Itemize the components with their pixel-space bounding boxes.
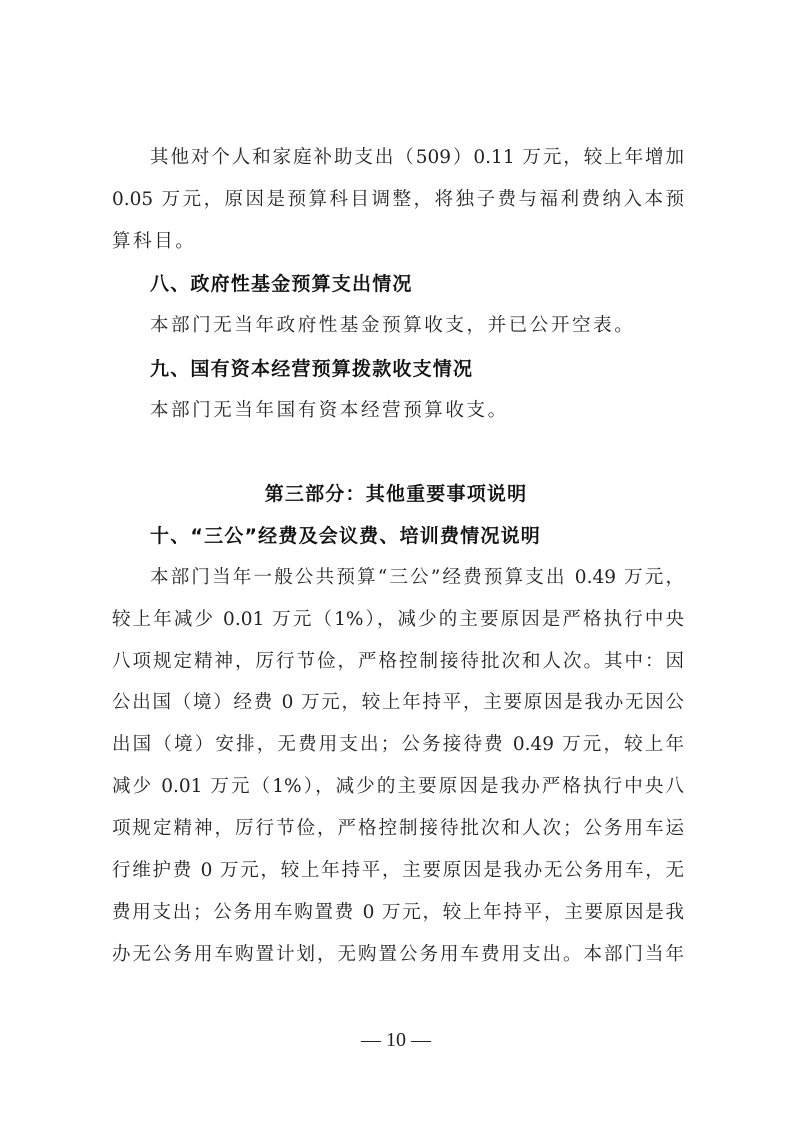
section-10-line-10: 办无公务用车购置计划，无购置公务用车费用支出。本部门当年 <box>112 943 684 967</box>
document-page: 其他对个人和家庭补助支出（509）0.11 万元，较上年增加 0.05 万元，原… <box>0 0 792 1121</box>
section-10-heading: 十、“三公”经费及会议费、培训费情况说明 <box>150 524 541 548</box>
section-10-line-1: 本部门当年一般公共预算“三公”经费预算支出 0.49 万元， <box>150 566 684 590</box>
paragraph-509-line-1: 其他对个人和家庭补助支出（509）0.11 万元，较上年增加 <box>150 146 684 170</box>
paragraph-509-line-2: 0.05 万元，原因是预算科目调整，将独子费与福利费纳入本预 <box>112 188 684 212</box>
section-10-line-6: 减少 0.01 万元（1%），减少的主要原因是我办严格执行中央八 <box>112 775 684 799</box>
section-8-body: 本部门无当年政府性基金预算收支，并已公开空表。 <box>150 314 684 338</box>
section-10-line-7: 项规定精神，厉行节俭，严格控制接待批次和人次；公务用车运 <box>112 817 684 841</box>
section-10-line-5: 出国（境）安排，无费用支出；公务接待费 0.49 万元，较上年 <box>112 733 684 757</box>
section-10-line-9: 费用支出；公务用车购置费 0 万元，较上年持平，主要原因是我 <box>112 901 684 925</box>
part-3-title: 第三部分：其他重要事项说明 <box>0 482 792 506</box>
section-10-line-3: 八项规定精神，厉行节俭，严格控制接待批次和人次。其中：因 <box>112 650 684 674</box>
section-8-heading: 八、政府性基金预算支出情况 <box>150 272 413 296</box>
section-10-line-8: 行维护费 0 万元，较上年持平，主要原因是我办无公务用车，无 <box>112 859 684 883</box>
section-10-line-4: 公出国（境）经费 0 万元，较上年持平，主要原因是我办无因公 <box>112 691 684 715</box>
section-9-heading: 九、国有资本经营预算拨款收支情况 <box>150 357 473 381</box>
section-10-line-2: 较上年减少 0.01 万元（1%），减少的主要原因是严格执行中央 <box>112 608 684 632</box>
section-9-body: 本部门无当年国有资本经营预算收支。 <box>150 399 684 423</box>
page-number: — 10 — <box>0 1028 792 1052</box>
paragraph-509-line-3: 算科目。 <box>112 230 684 254</box>
